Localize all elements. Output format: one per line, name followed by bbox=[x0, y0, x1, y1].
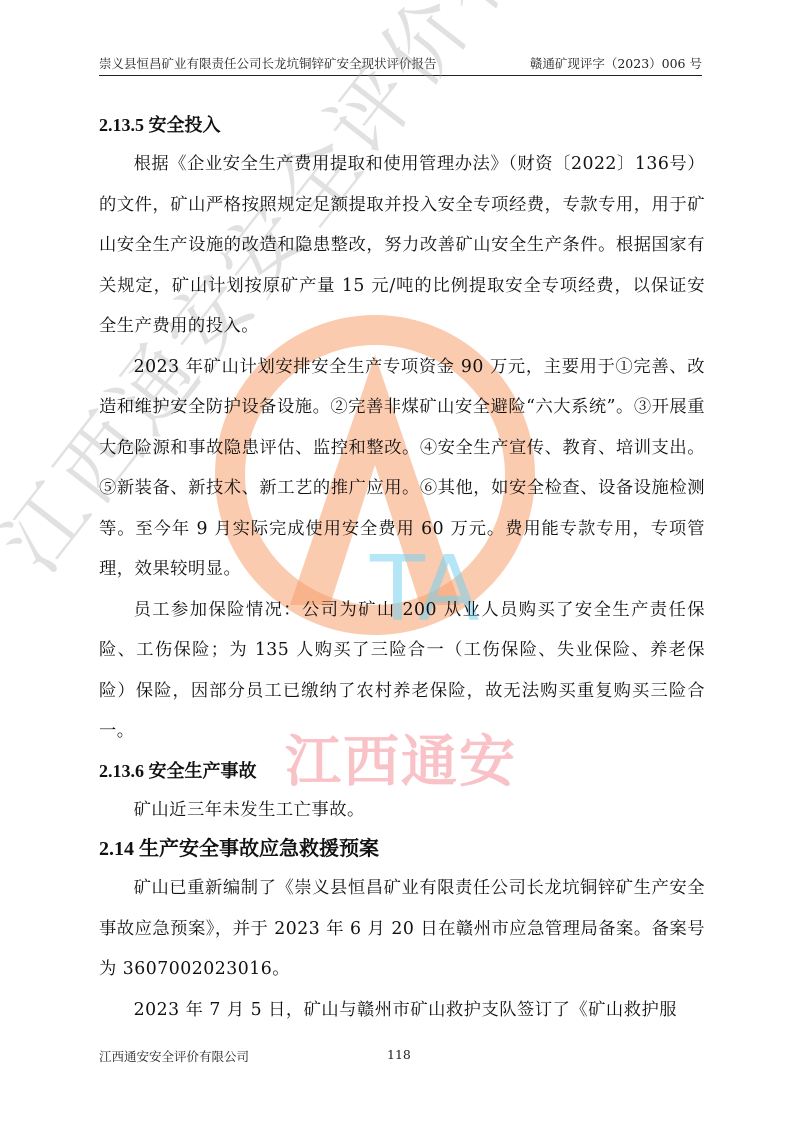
document-body: 2.13.5 安全投入 根据《企业安全生产费用提取和使用管理办法》（财资〔202… bbox=[99, 106, 705, 1030]
section-heading-2-13-6: 2.13.6 安全生产事故 bbox=[99, 752, 705, 790]
paragraph-emergency-plan-filing: 矿山已重新编制了《崇义县恒昌矿业有限责任公司长龙坑铜锌矿生产安全事故应急预案》，… bbox=[99, 868, 705, 990]
footer-company-name: 江西通安安全评价有限公司 bbox=[99, 1047, 249, 1065]
page-number: 118 bbox=[387, 1047, 411, 1062]
paragraph-safety-funding-basis: 根据《企业安全生产费用提取和使用管理办法》（财资〔2022〕136号）的文件，矿… bbox=[99, 144, 705, 347]
paragraph-safety-funding-2023: 2023 年矿山计划安排安全生产专项资金 90 万元，主要用于①完善、改造和维护… bbox=[99, 347, 705, 590]
document-page: TA 江西通安安全评价有限公司 江西通安 崇义县恒昌矿业有限责任公司长龙坑铜锌矿… bbox=[0, 0, 800, 1131]
paragraph-employee-insurance: 员工参加保险情况：公司为矿山 200 从业人员购买了安全生产责任保险、工伤保险；… bbox=[99, 590, 705, 752]
section-heading-2-14: 2.14 生产安全事故应急救援预案 bbox=[99, 830, 705, 868]
paragraph-no-fatal-accidents: 矿山近三年未发生工亡事故。 bbox=[99, 790, 705, 831]
section-heading-2-13-5: 2.13.5 安全投入 bbox=[99, 106, 705, 144]
page-header: 崇义县恒昌矿业有限责任公司长龙坑铜锌矿安全现状评价报告 赣通矿现评字（2023）… bbox=[99, 50, 702, 76]
header-report-title: 崇义县恒昌矿业有限责任公司长龙坑铜锌矿安全现状评价报告 bbox=[99, 54, 437, 72]
header-report-number: 赣通矿现评字（2023）006 号 bbox=[530, 54, 702, 72]
paragraph-rescue-agreement: 2023 年 7 月 5 日，矿山与赣州市矿山救护支队签订了《矿山救护服 bbox=[99, 990, 705, 1031]
